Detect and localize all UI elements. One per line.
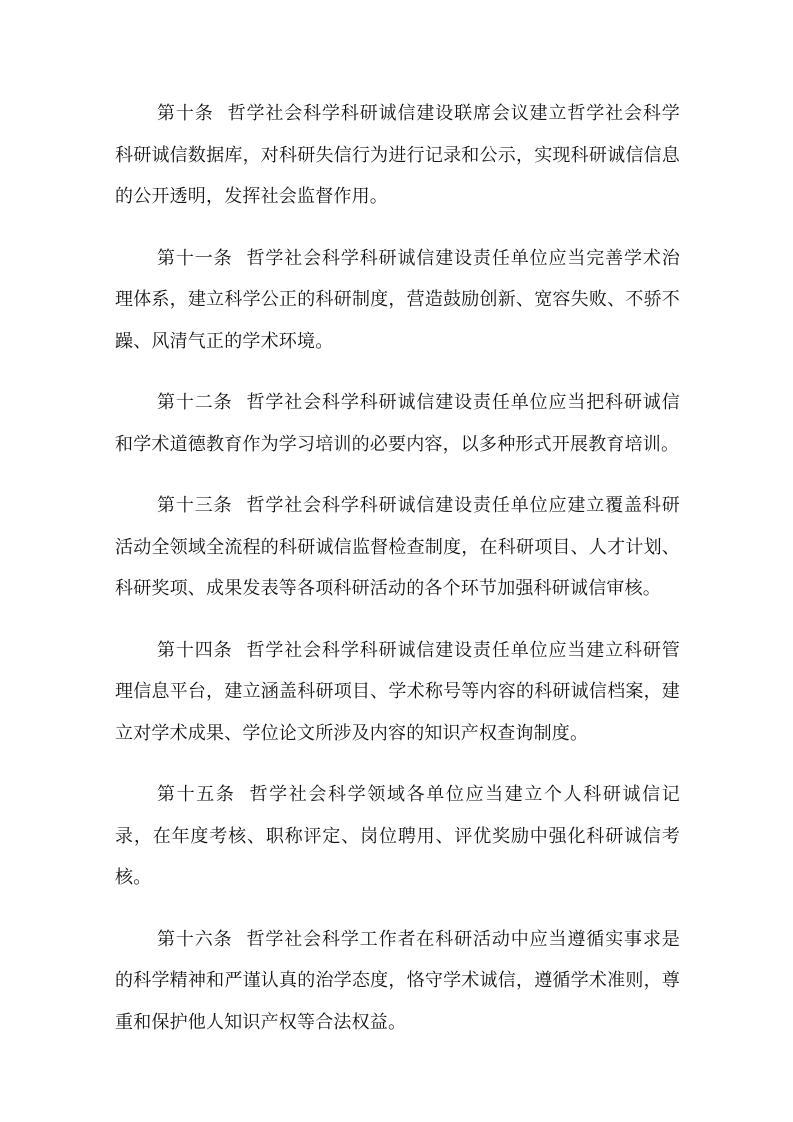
paragraph-article-16: 第十六条哲学社会科学工作者在科研活动中应当遵循实事求是的科学精神和严谨认真的治学… <box>115 919 680 1044</box>
article-number: 第十六条 <box>157 929 233 950</box>
article-number: 第十三条 <box>157 495 233 516</box>
paragraph-article-14: 第十四条哲学社会科学科研诚信建设责任单位应当建立科研管理信息平台，建立涵盖科研项… <box>115 630 680 755</box>
article-number: 第十四条 <box>157 640 233 661</box>
paragraph-article-15: 第十五条哲学社会科学领域各单位应当建立个人科研诚信记录，在年度考核、职称评定、岗… <box>115 774 680 899</box>
paragraph-article-12: 第十二条哲学社会科学科研诚信建设责任单位应当把科研诚信和学术道德教育作为学习培训… <box>115 382 680 465</box>
paragraph-article-13: 第十三条哲学社会科学科研诚信建设责任单位应建立覆盖科研活动全领域全流程的科研诚信… <box>115 485 680 610</box>
article-number: 第十二条 <box>157 392 233 413</box>
paragraph-article-10: 第十条哲学社会科学科研诚信建设联席会议建立哲学社会科学科研诚信数据库，对科研失信… <box>115 93 680 218</box>
document-body: 第十条哲学社会科学科研诚信建设联席会议建立哲学社会科学科研诚信数据库，对科研失信… <box>115 93 680 1043</box>
paragraph-article-11: 第十一条哲学社会科学科研诚信建设责任单位应当完善学术治理体系，建立科学公正的科研… <box>115 238 680 363</box>
article-number: 第十条 <box>157 103 214 124</box>
document-page: 第十条哲学社会科学科研诚信建设联席会议建立哲学社会科学科研诚信数据库，对科研失信… <box>0 0 793 1122</box>
article-number: 第十五条 <box>157 784 236 805</box>
article-number: 第十一条 <box>157 248 233 269</box>
